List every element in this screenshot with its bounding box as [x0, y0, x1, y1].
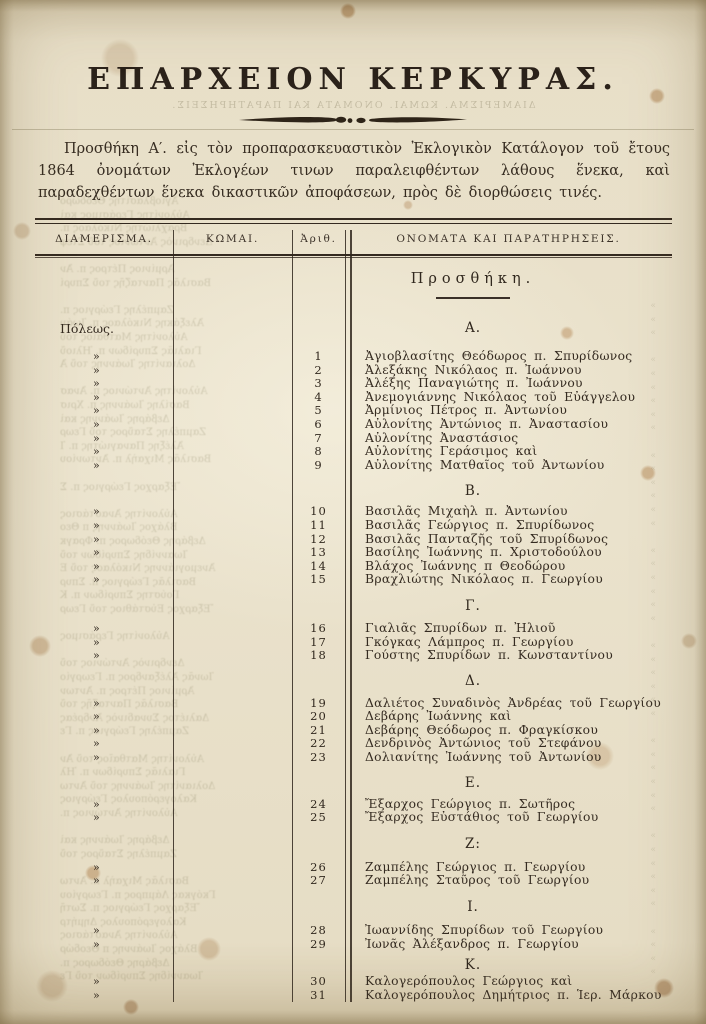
komai-cell — [173, 364, 292, 378]
district-ditto-mark: » — [35, 924, 173, 938]
row-number: 31 — [292, 989, 345, 1003]
row-number: 6 — [292, 418, 345, 432]
row-number: 14 — [292, 560, 345, 574]
column-divider — [350, 230, 352, 1002]
row-number: 4 — [292, 391, 345, 405]
row-name: Ζαμπέλης Γεώργιος π. Γεωργίου — [345, 861, 672, 875]
table-header-row: ΔΙΑΜΕΡΙΣΜΑ. ΚΩΜΑΙ. Ἀριθ. ΟΝΟΜΑΤΑ ΚΑΙ ΠΑΡ… — [35, 224, 672, 254]
section-rows: »28Ἰωαννίδης Σπυρίδων τοῦ Γεωργίου»29Ἰων… — [35, 924, 672, 951]
row-number: 2 — [292, 364, 345, 378]
section-letter: Α. — [345, 321, 672, 336]
table-row: »8Αὐλονίτης Γεράσιμος καὶ — [35, 445, 672, 459]
district-ditto-mark: » — [35, 622, 173, 636]
table-row: »20Δεβάρης Ἰωάννης καὶ — [35, 710, 672, 724]
row-name: Αὐλονίτης Ἀναστάσιος — [345, 432, 672, 446]
table-row: »23Δολιανίτης Ἰωάννης τοῦ Ἀντωνίου — [35, 751, 672, 765]
catalog-table: ΔΙΑΜΕΡΙΣΜΑ. ΚΩΜΑΙ. Ἀριθ. ΟΝΟΜΑΤΑ ΚΑΙ ΠΑΡ… — [35, 218, 672, 1018]
section-letter: Γ. — [345, 599, 672, 614]
district-ditto-mark: » — [35, 710, 173, 724]
table-row: »25Ἔξαρχος Εὐστάθιος τοῦ Γεωργίου — [35, 811, 672, 825]
scanned-document-page: ΔΙΑΜΕΡΙΣΜΑ. ΚΩΜΑΙ. ΟΝΟΜΑΤΑ ΚΑΙ ΠΑΡΑΤΗΡΗΣ… — [0, 0, 706, 1024]
district-ditto-mark: » — [35, 459, 173, 473]
section-rows: »1Ἀγιοβλασίτης Θεόδωρος π. Σπυρίδωνος»2Ἀ… — [35, 350, 672, 472]
row-name: Βλάχος Ἰωάννης π Θεοδώρου — [345, 560, 672, 574]
table-row: »16Γιαλιᾶς Σπυρίδων π. Ἠλιοῦ — [35, 622, 672, 636]
komai-cell — [173, 737, 292, 751]
table-row: »13Βασίλης Ἰωάννης π. Χριστοδούλου — [35, 546, 672, 560]
table-row: »31Καλογερόπουλος Δημήτριος π. Ἱερ. Μάρκ… — [35, 989, 672, 1003]
district-ditto-mark: » — [35, 505, 173, 519]
row-name: Γούστης Σπυρίδων π. Κωνσταντίνου — [345, 649, 672, 663]
column-divider — [345, 230, 346, 1002]
header-district: ΔΙΑΜΕΡΙΣΜΑ. — [35, 233, 173, 245]
row-name: Ἔξαρχος Εὐστάθιος τοῦ Γεωργίου — [345, 811, 672, 825]
row-name: Ἀνεμογιάννης Νικόλαος τοῦ Εὐάγγελου — [345, 391, 672, 405]
number-empty-cell — [292, 321, 345, 336]
row-name: Βασιλᾶς Μιχαὴλ π. Ἀντωνίου — [345, 505, 672, 519]
table-body: Προσθήκη. Πόλεως.Α.»1Ἀγιοβλασίτης Θεόδωρ… — [35, 270, 672, 1018]
table-row: »6Αὐλονίτης Ἀντώνιος π. Ἀναστασίου — [35, 418, 672, 432]
table-row: »24Ἔξαρχος Γεώργιος π. Σωτῆρος — [35, 798, 672, 812]
komai-cell — [173, 505, 292, 519]
komai-cell — [173, 798, 292, 812]
row-name: Δαλιέτος Συναδινὸς Ἀνδρέας τοῦ Γεωργίου — [345, 697, 672, 711]
district-ditto-mark: » — [35, 751, 173, 765]
komai-cell — [173, 924, 292, 938]
row-name: Βασίλης Ἰωάννης π. Χριστοδούλου — [345, 546, 672, 560]
district-ditto-mark: » — [35, 364, 173, 378]
page-content: ΕΠΑΡΧΕΙΟΝ ΚΕΡΚΥΡΑΣ. Προσθήκη Α′. εἰς τὸν… — [0, 0, 706, 1024]
komai-cell — [173, 710, 292, 724]
row-number: 18 — [292, 649, 345, 663]
row-number: 5 — [292, 404, 345, 418]
komai-cell — [173, 377, 292, 391]
section-letter: Δ. — [345, 674, 672, 689]
komai-cell — [173, 874, 292, 888]
komai-cell — [173, 697, 292, 711]
row-name: Βασιλᾶς Γεώργιος π. Σπυρίδωνος — [345, 519, 672, 533]
section-rows: »26Ζαμπέλης Γεώργιος π. Γεωργίου»27Ζαμπέ… — [35, 861, 672, 888]
komai-cell — [173, 989, 292, 1003]
table-row: »30Καλογερόπουλος Γεώργιος καὶ — [35, 975, 672, 989]
table-row: »18Γούστης Σπυρίδων π. Κωνσταντίνου — [35, 649, 672, 663]
row-name: Ἰωνᾶς Ἀλέξανδρος π. Γεωργίου — [345, 938, 672, 952]
row-number: 16 — [292, 622, 345, 636]
column-divider — [292, 230, 293, 1002]
district-ditto-mark: » — [35, 546, 173, 560]
addendum-title: Προσθήκη. — [345, 270, 601, 288]
table-row: »14Βλάχος Ἰωάννης π Θεοδώρου — [35, 560, 672, 574]
section-rows: »10Βασιλᾶς Μιχαὴλ π. Ἀντωνίου»11Βασιλᾶς … — [35, 505, 672, 587]
komai-cell — [173, 861, 292, 875]
row-name: Δεβάρης Θεόδωρος π. Φραγκίσκου — [345, 724, 672, 738]
row-name: Δενδρινὸς Ἀντώνιος τοῦ Στεφάνου — [345, 737, 672, 751]
district-ditto-mark: » — [35, 737, 173, 751]
addendum-rule — [436, 297, 510, 299]
district-ditto-mark: » — [35, 989, 173, 1003]
row-number: 8 — [292, 445, 345, 459]
row-number: 10 — [292, 505, 345, 519]
district-ditto-mark: » — [35, 418, 173, 432]
row-number: 17 — [292, 636, 345, 650]
komai-cell — [173, 432, 292, 446]
row-number: 28 — [292, 924, 345, 938]
row-name: Δεβάρης Ἰωάννης καὶ — [345, 710, 672, 724]
table-row: »3Ἀλέξης Παναγιώτης π. Ἰωάννου — [35, 377, 672, 391]
table-row: »5Ἀρμίνιος Πέτρος π. Ἀντωνίου — [35, 404, 672, 418]
section-letter: Ι. — [345, 900, 672, 915]
row-name: Ἀγιοβλασίτης Θεόδωρος π. Σπυρίδωνος — [345, 350, 672, 364]
table-row: »4Ἀνεμογιάννης Νικόλαος τοῦ Εὐάγγελου — [35, 391, 672, 405]
row-name: Δολιανίτης Ἰωάννης τοῦ Ἀντωνίου — [345, 751, 672, 765]
row-name: Ἀλεξάκης Νικόλαος π. Ἰωάννου — [345, 364, 672, 378]
komai-cell — [173, 975, 292, 989]
section-letter: Ε. — [345, 776, 672, 791]
district-ditto-mark: » — [35, 377, 173, 391]
district-ditto-mark: » — [35, 938, 173, 952]
district-ditto-mark: » — [35, 861, 173, 875]
table-row: »11Βασιλᾶς Γεώργιος π. Σπυρίδωνος — [35, 519, 672, 533]
district-label: Πόλεως. — [35, 321, 173, 336]
row-number: 30 — [292, 975, 345, 989]
row-name: Ζαμπέλης Σταῦρος τοῦ Γεωργίου — [345, 874, 672, 888]
district-ditto-mark: » — [35, 404, 173, 418]
row-name: Βασιλᾶς Πανταζῆς τοῦ Σπυρίδωνος — [345, 533, 672, 547]
row-number: 29 — [292, 938, 345, 952]
table-row: »2Ἀλεξάκης Νικόλαος π. Ἰωάννου — [35, 364, 672, 378]
komai-cell — [173, 811, 292, 825]
row-number: 25 — [292, 811, 345, 825]
table-row: »10Βασιλᾶς Μιχαὴλ π. Ἀντωνίου — [35, 505, 672, 519]
table-row: »12Βασιλᾶς Πανταζῆς τοῦ Σπυρίδωνος — [35, 533, 672, 547]
district-ditto-mark: » — [35, 533, 173, 547]
row-number: 26 — [292, 861, 345, 875]
section-letter: Ζ: — [345, 837, 672, 852]
district-ditto-mark: » — [35, 391, 173, 405]
komai-cell — [173, 418, 292, 432]
column-divider — [173, 230, 174, 1002]
district-ditto-mark: » — [35, 350, 173, 364]
komai-cell — [173, 391, 292, 405]
row-name: Ἔξαρχος Γεώργιος π. Σωτῆρος — [345, 798, 672, 812]
district-ditto-mark: » — [35, 874, 173, 888]
table-row: »17Γκόγκας Λάμπρος π. Γεωργίου — [35, 636, 672, 650]
table-row: »28Ἰωαννίδης Σπυρίδων τοῦ Γεωργίου — [35, 924, 672, 938]
bleed-rule — [12, 129, 694, 130]
district-ditto-mark: » — [35, 432, 173, 446]
komai-cell — [173, 459, 292, 473]
district-ditto-mark: » — [35, 445, 173, 459]
komai-cell — [173, 636, 292, 650]
intro-paragraph: Προσθήκη Α′. εἰς τὸν προπαρασκευαστικὸν … — [38, 138, 670, 204]
komai-cell — [173, 938, 292, 952]
district-ditto-mark: » — [35, 573, 173, 587]
row-name: Αὐλονίτης Ματθαῖος τοῦ Ἀντωνίου — [345, 459, 672, 473]
row-number: 27 — [292, 874, 345, 888]
komai-cell — [173, 560, 292, 574]
section-letter: Κ. — [345, 958, 672, 973]
komai-cell — [173, 573, 292, 587]
table-row: »1Ἀγιοβλασίτης Θεόδωρος π. Σπυρίδωνος — [35, 350, 672, 364]
header-number: Ἀριθ. — [292, 233, 345, 245]
district-ditto-mark: » — [35, 798, 173, 812]
table-row: »7Αὐλονίτης Ἀναστάσιος — [35, 432, 672, 446]
row-number: 23 — [292, 751, 345, 765]
district-ditto-mark: » — [35, 697, 173, 711]
row-number: 7 — [292, 432, 345, 446]
row-number: 3 — [292, 377, 345, 391]
district-ditto-mark: » — [35, 975, 173, 989]
table-row: »27Ζαμπέλης Σταῦρος τοῦ Γεωργίου — [35, 874, 672, 888]
row-name: Ἰωαννίδης Σπυρίδων τοῦ Γεωργίου — [345, 924, 672, 938]
table-row: »29Ἰωνᾶς Ἀλέξανδρος π. Γεωργίου — [35, 938, 672, 952]
row-number: 12 — [292, 533, 345, 547]
komai-cell — [173, 751, 292, 765]
komai-empty-cell — [173, 321, 292, 336]
table-row: »9Αὐλονίτης Ματθαῖος τοῦ Ἀντωνίου — [35, 459, 672, 473]
section-rows: »30Καλογερόπουλος Γεώργιος καὶ»31Καλογερ… — [35, 975, 672, 1002]
komai-cell — [173, 404, 292, 418]
komai-cell — [173, 622, 292, 636]
komai-cell — [173, 533, 292, 547]
table-header-rule — [35, 254, 672, 258]
row-name: Ἀλέξης Παναγιώτης π. Ἰωάννου — [345, 377, 672, 391]
row-number: 9 — [292, 459, 345, 473]
komai-cell — [173, 546, 292, 560]
section-rows: »16Γιαλιᾶς Σπυρίδων π. Ἠλιοῦ»17Γκόγκας Λ… — [35, 622, 672, 663]
row-number: 11 — [292, 519, 345, 533]
district-and-section-line: Πόλεως.Α. — [35, 321, 672, 336]
page-title: ΕΠΑΡΧΕΙΟΝ ΚΕΡΚΥΡΑΣ. — [0, 62, 706, 97]
komai-cell — [173, 724, 292, 738]
row-number: 19 — [292, 697, 345, 711]
district-ditto-mark: » — [35, 519, 173, 533]
komai-cell — [173, 519, 292, 533]
row-name: Καλογερόπουλος Δημήτριος π. Ἱερ. Μάρκου — [345, 989, 672, 1003]
komai-cell — [173, 649, 292, 663]
section-rows: »24Ἔξαρχος Γεώργιος π. Σωτῆρος»25Ἔξαρχος… — [35, 798, 672, 825]
district-ditto-mark: » — [35, 649, 173, 663]
table-row: »22Δενδρινὸς Ἀντώνιος τοῦ Στεφάνου — [35, 737, 672, 751]
row-number: 20 — [292, 710, 345, 724]
row-number: 22 — [292, 737, 345, 751]
district-ditto-mark: » — [35, 724, 173, 738]
row-name: Γκόγκας Λάμπρος π. Γεωργίου — [345, 636, 672, 650]
section-letter: Β. — [345, 484, 672, 499]
row-number: 24 — [292, 798, 345, 812]
district-ditto-mark: » — [35, 811, 173, 825]
table-row: »26Ζαμπέλης Γεώργιος π. Γεωργίου — [35, 861, 672, 875]
row-name: Γιαλιᾶς Σπυρίδων π. Ἠλιοῦ — [345, 622, 672, 636]
row-number: 1 — [292, 350, 345, 364]
row-name: Βραχλιώτης Νικόλαος π. Γεωργίου — [345, 573, 672, 587]
komai-cell — [173, 445, 292, 459]
row-name: Αὐλονίτης Ἀντώνιος π. Ἀναστασίου — [345, 418, 672, 432]
header-komai: ΚΩΜΑΙ. — [173, 233, 292, 245]
row-name: Αὐλονίτης Γεράσιμος καὶ — [345, 445, 672, 459]
district-ditto-mark: » — [35, 560, 173, 574]
table-row: »19Δαλιέτος Συναδινὸς Ἀνδρέας τοῦ Γεωργί… — [35, 697, 672, 711]
komai-cell — [173, 350, 292, 364]
header-names: ΟΝΟΜΑΤΑ ΚΑΙ ΠΑΡΑΤΗΡΗΣΕΙΣ. — [345, 233, 672, 245]
row-number: 15 — [292, 573, 345, 587]
table-row: »15Βραχλιώτης Νικόλαος π. Γεωργίου — [35, 573, 672, 587]
section-rows: »19Δαλιέτος Συναδινὸς Ἀνδρέας τοῦ Γεωργί… — [35, 697, 672, 765]
row-name: Ἀρμίνιος Πέτρος π. Ἀντωνίου — [345, 404, 672, 418]
district-ditto-mark: » — [35, 636, 173, 650]
row-number: 21 — [292, 724, 345, 738]
table-row: »21Δεβάρης Θεόδωρος π. Φραγκίσκου — [35, 724, 672, 738]
row-name: Καλογερόπουλος Γεώργιος καὶ — [345, 975, 672, 989]
title-ornament-rule — [237, 112, 469, 128]
row-number: 13 — [292, 546, 345, 560]
